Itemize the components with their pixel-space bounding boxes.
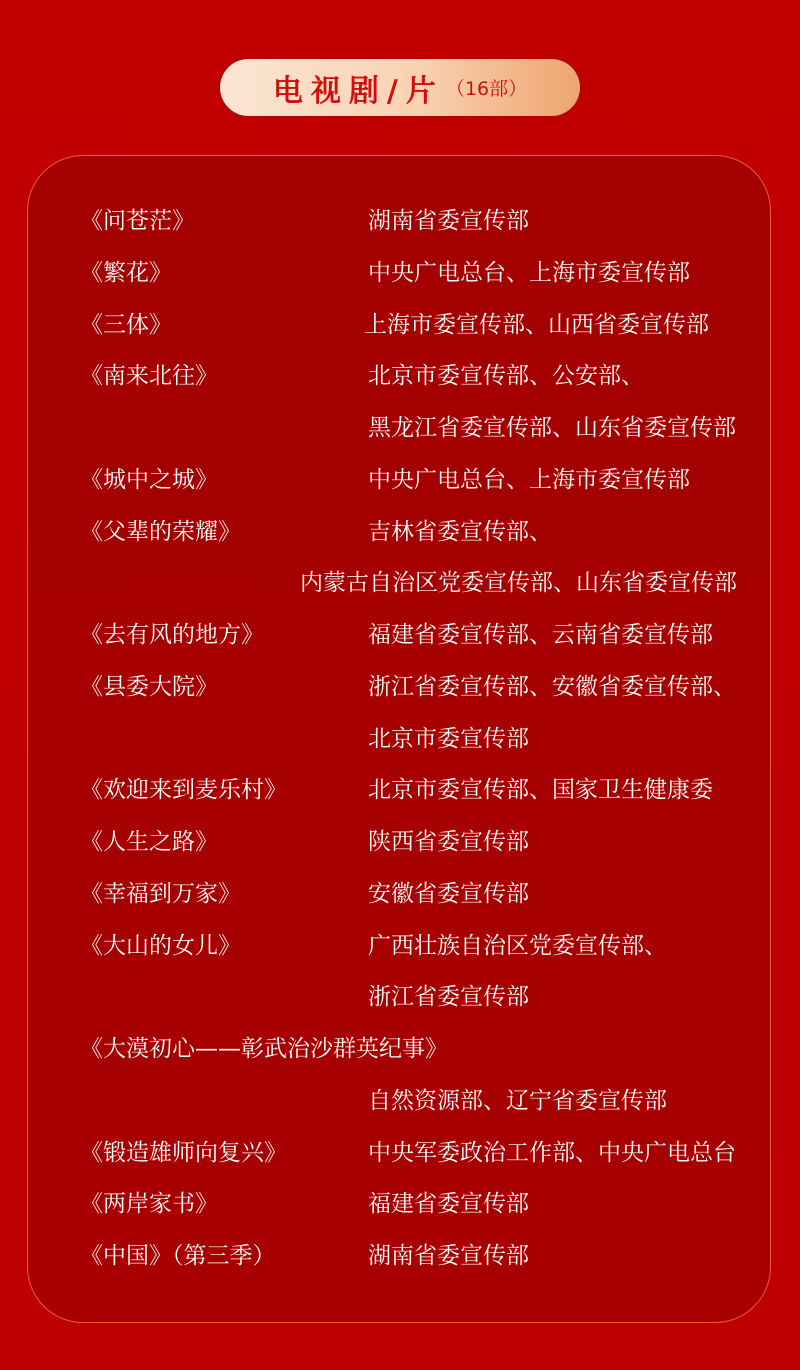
program-department: 中央军委政治工作部、中央广电总台 <box>368 1138 736 1168</box>
program-title: 《大漠初心——彰武治沙群英纪事》 <box>80 1034 448 1064</box>
program-department: 安徽省委宣传部 <box>368 879 529 909</box>
program-department: 湖南省委宣传部 <box>368 1241 529 1271</box>
program-title: 《繁花》 <box>80 258 172 288</box>
section-title: 电视剧/片 <box>273 66 444 110</box>
program-department: 北京市委宣传部、公安部、 <box>368 361 644 391</box>
program-title: 《问苍茫》 <box>80 206 195 236</box>
program-department: 浙江省委宣传部、安徽省委宣传部、 <box>368 672 736 702</box>
program-title: 《三体》 <box>80 310 172 340</box>
program-department: 内蒙古自治区党委宣传部、山东省委宣传部 <box>300 568 737 598</box>
program-title: 《南来北往》 <box>80 361 218 391</box>
program-department: 福建省委宣传部 <box>368 1189 529 1219</box>
program-title: 《两岸家书》 <box>80 1189 218 1219</box>
program-title: 《县委大院》 <box>80 672 218 702</box>
program-title: 《父辈的荣耀》 <box>80 517 241 547</box>
program-title: 《幸福到万家》 <box>80 879 241 909</box>
program-title: 《城中之城》 <box>80 465 218 495</box>
program-department: 广西壮族自治区党委宣传部、 <box>368 931 667 961</box>
program-department: 福建省委宣传部、云南省委宣传部 <box>368 620 713 650</box>
program-title: 《中国》（第三季） <box>80 1241 276 1271</box>
program-department: 北京市委宣传部 <box>368 724 529 754</box>
program-department: 浙江省委宣传部 <box>368 982 529 1012</box>
program-title: 《去有风的地方》 <box>80 620 264 650</box>
program-department: 黑龙江省委宣传部、山东省委宣传部 <box>368 413 736 443</box>
program-department: 吉林省委宣传部、 <box>368 517 552 547</box>
program-department: 北京市委宣传部、国家卫生健康委 <box>368 775 713 805</box>
section-count: （16部） <box>446 74 527 101</box>
program-department: 陕西省委宣传部 <box>368 827 529 857</box>
section-header-pill: 电视剧/片 （16部） <box>220 59 580 116</box>
program-department: 自然资源部、辽宁省委宣传部 <box>368 1086 667 1116</box>
program-title: 《欢迎来到麦乐村》 <box>80 775 287 805</box>
program-department: 湖南省委宣传部 <box>368 206 529 236</box>
program-department: 中央广电总台、上海市委宣传部 <box>368 465 690 495</box>
program-title: 《人生之路》 <box>80 827 218 857</box>
program-title: 《大山的女儿》 <box>80 931 241 961</box>
program-department: 上海市委宣传部、山西省委宣传部 <box>364 310 709 340</box>
program-title: 《锻造雄师向复兴》 <box>80 1138 287 1168</box>
program-department: 中央广电总台、上海市委宣传部 <box>368 258 690 288</box>
